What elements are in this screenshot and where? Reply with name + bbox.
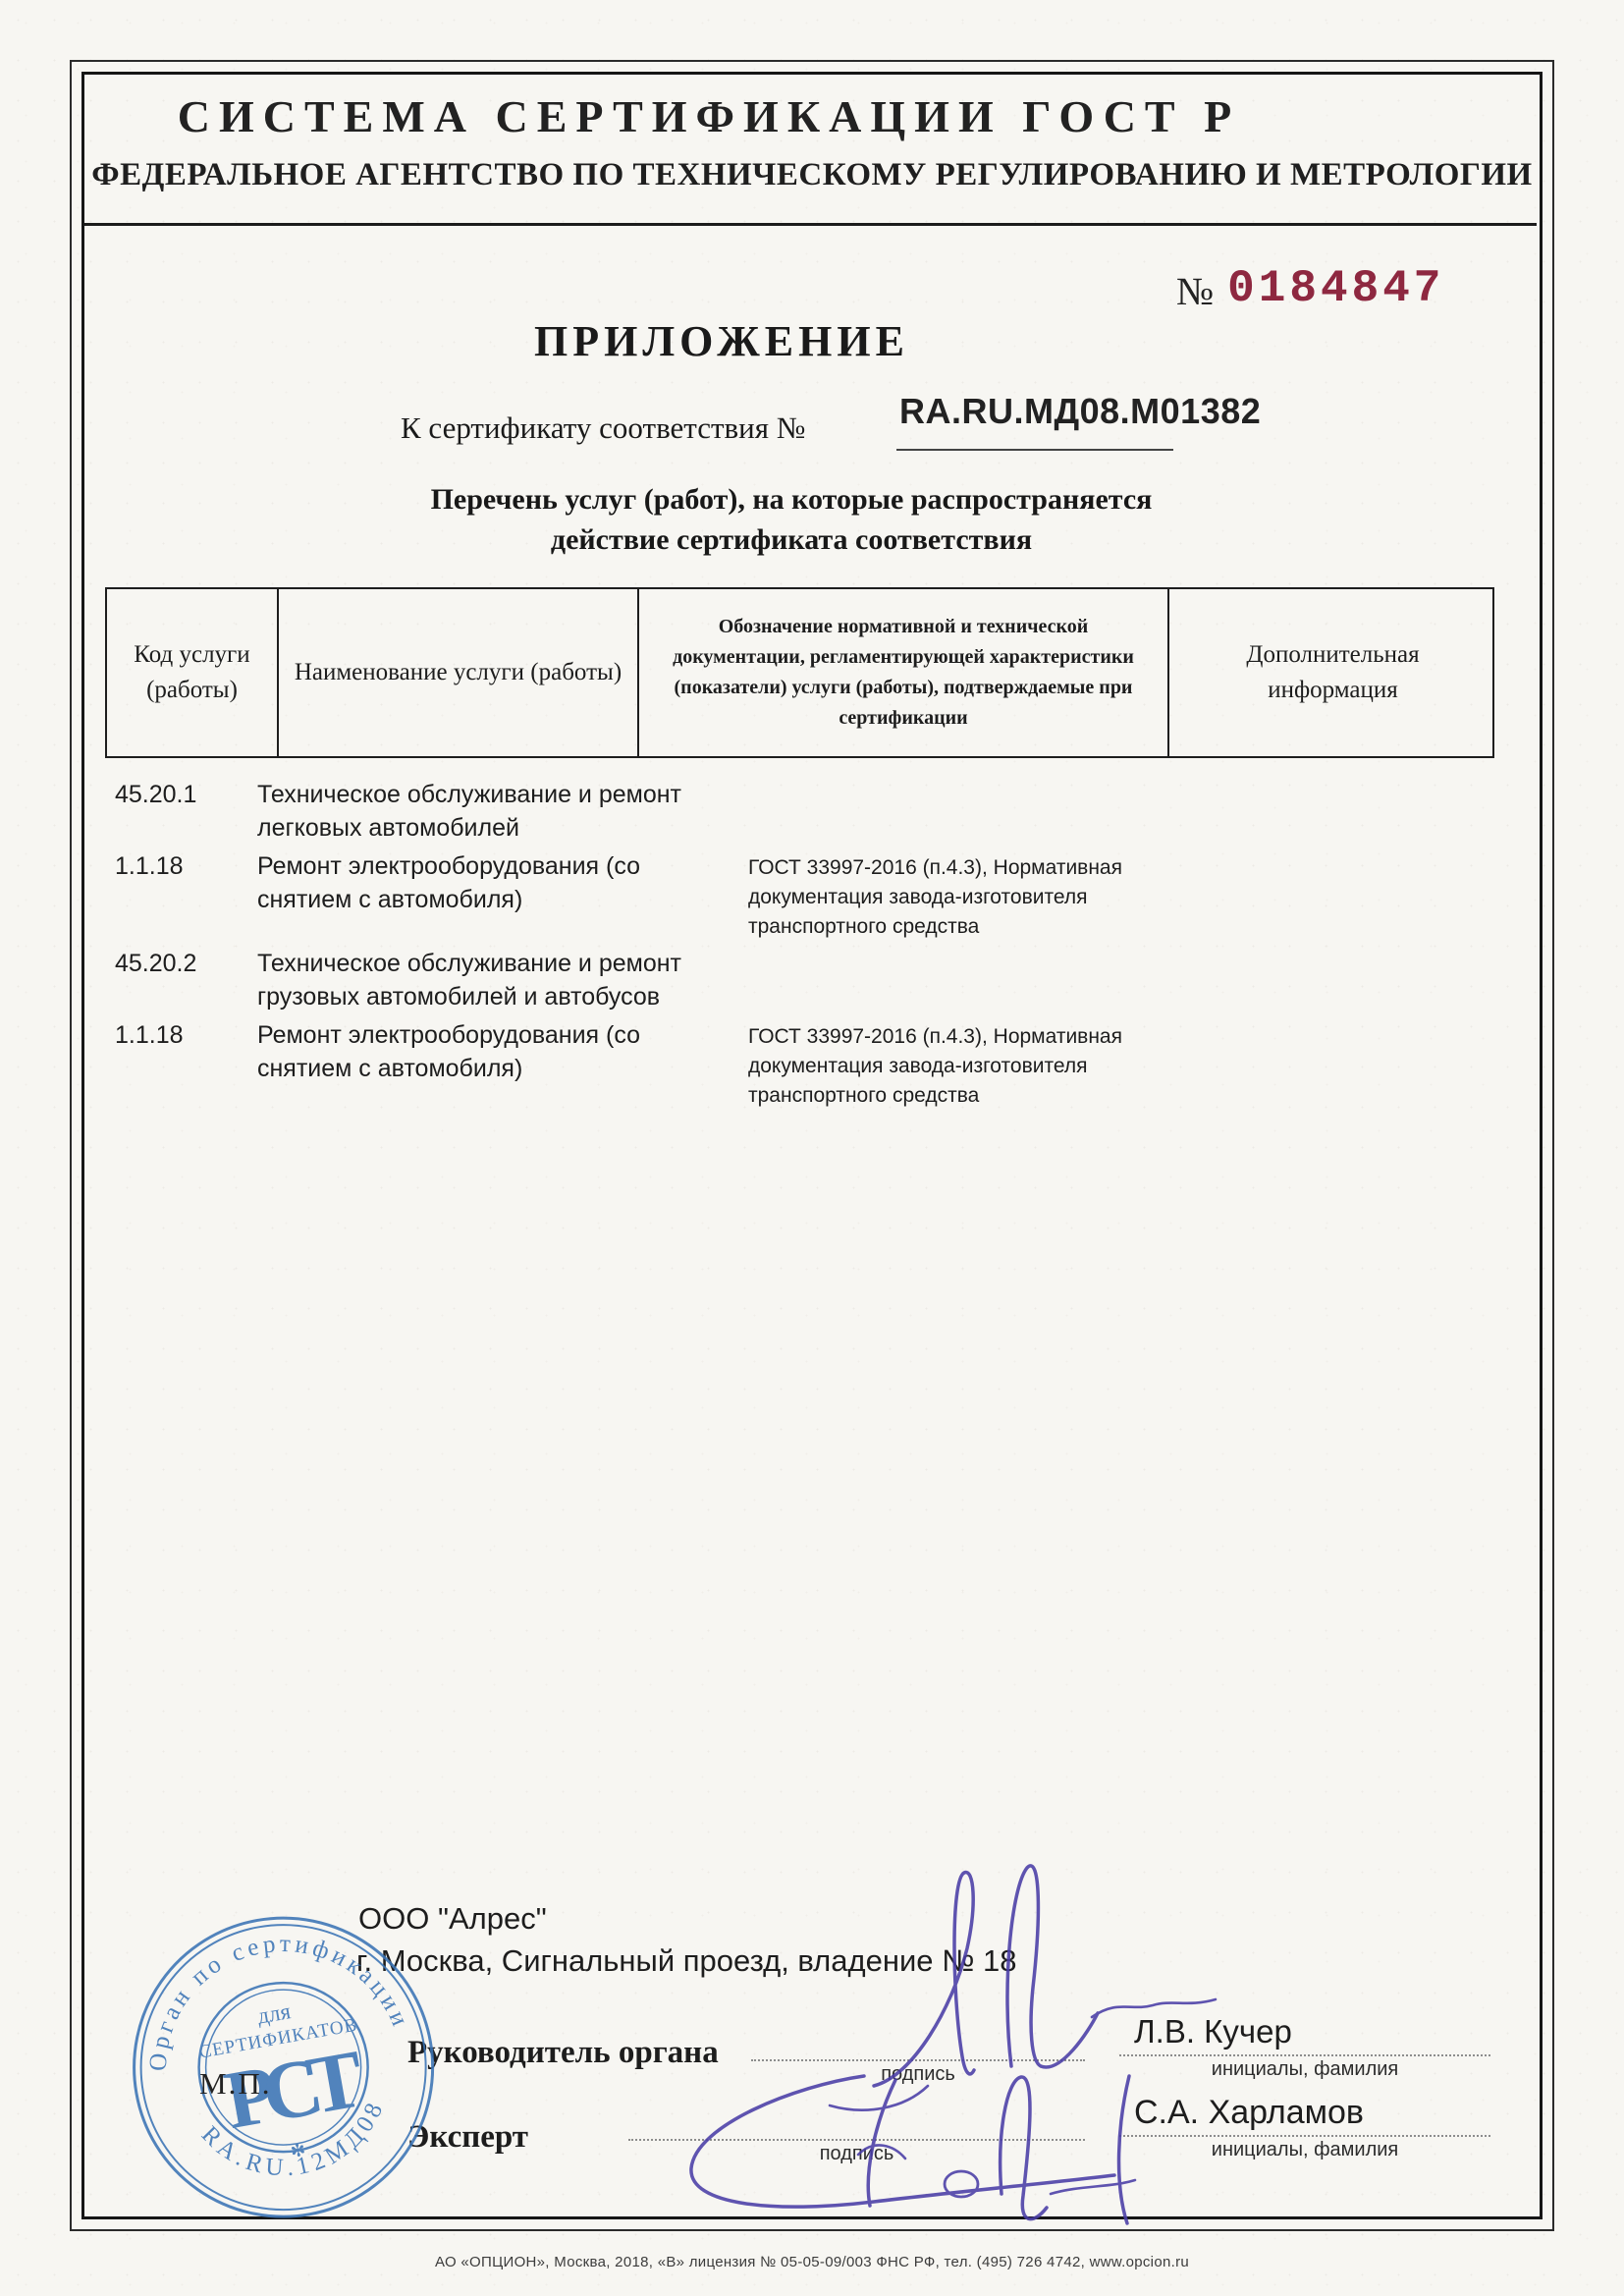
certificate-appendix-page: СИСТЕМА СЕРТИФИКАЦИИ ГОСТ Р ФЕДЕРАЛЬНОЕ … xyxy=(0,0,1624,2296)
form-number: №0184847 xyxy=(1176,267,1444,318)
numero-sign: № xyxy=(1176,269,1214,313)
service-docs: ГОСТ 33997-2016 (п.4.3), Нормативнаядоку… xyxy=(748,849,1210,942)
table-row: 45.20.2Техническое обслуживание и ремонт… xyxy=(105,947,1494,1013)
table-body: 45.20.1Техническое обслуживание и ремонт… xyxy=(105,778,1494,1111)
signatures-ink xyxy=(579,1829,1227,2251)
service-docs xyxy=(748,778,1210,782)
services-subtitle-line1: Перечень услуг (работ), на которые распр… xyxy=(0,479,1583,519)
certificate-label: К сертификату соответствия № xyxy=(401,410,805,446)
certification-stamp: Орган по сертификации RA.RU.12МД08 для С… xyxy=(101,1886,467,2265)
service-code: 45.20.2 xyxy=(105,947,257,980)
service-name: Ремонт электрооборудования (соснятием с … xyxy=(257,1018,748,1085)
appendix-title: ПРИЛОЖЕНИЕ xyxy=(0,316,1443,366)
service-name: Ремонт электрооборудования (соснятием с … xyxy=(257,849,748,916)
services-table: Код услуги (работы)Наименование услуги (… xyxy=(105,587,1494,1116)
table-header-row: Код услуги (работы)Наименование услуги (… xyxy=(105,587,1494,758)
service-code: 1.1.18 xyxy=(105,1018,257,1052)
service-code: 45.20.1 xyxy=(105,778,257,811)
stamp-center-line1: для xyxy=(255,1998,293,2029)
table-header-cell: Обозначение нормативной и технической до… xyxy=(639,589,1169,756)
print-house-footer: АО «ОПЦИОН», Москва, 2018, «В» лицензия … xyxy=(0,2254,1624,2270)
table-header-cell: Дополнительная информация xyxy=(1169,589,1496,756)
table-row: 45.20.1Техническое обслуживание и ремонт… xyxy=(105,778,1494,845)
system-title: СИСТЕМА СЕРТИФИКАЦИИ ГОСТ Р xyxy=(0,90,1521,142)
stamp-star-icon: ✻ xyxy=(289,2140,306,2161)
service-name: Техническое обслуживание и ремонтгрузовы… xyxy=(257,947,748,1013)
table-header-cell: Наименование услуги (работы) xyxy=(279,589,639,756)
table-row: 1.1.18Ремонт электрооборудования (соснят… xyxy=(105,1018,1494,1111)
service-docs xyxy=(748,947,1210,951)
service-name: Техническое обслуживание и ремонтлегковы… xyxy=(257,778,748,845)
table-header-cell: Код услуги (работы) xyxy=(107,589,279,756)
services-subtitle: Перечень услуг (работ), на которые распр… xyxy=(0,479,1583,560)
service-code: 1.1.18 xyxy=(105,849,257,883)
table-row: 1.1.18Ремонт электрооборудования (соснят… xyxy=(105,849,1494,942)
seal-place-label: М.П. xyxy=(199,2066,271,2102)
head-signature-ink xyxy=(830,1866,1216,2110)
certificate-number: RA.RU.МД08.М01382 xyxy=(899,391,1261,432)
service-docs: ГОСТ 33997-2016 (п.4.3), Нормативнаядоку… xyxy=(748,1018,1210,1111)
certificate-number-underline xyxy=(896,449,1173,451)
form-number-value: 0184847 xyxy=(1227,263,1444,314)
agency-title: ФЕДЕРАЛЬНОЕ АГЕНТСТВО ПО ТЕХНИЧЕСКОМУ РЕ… xyxy=(0,157,1624,193)
header-divider xyxy=(84,223,1537,226)
services-subtitle-line2: действие сертификата соответствия xyxy=(0,519,1583,560)
